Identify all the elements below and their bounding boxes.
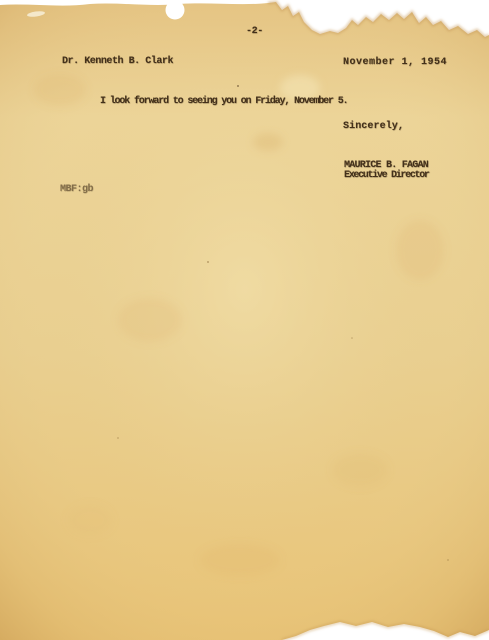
punch-hole-left — [166, 1, 185, 20]
paper-sheet — [0, 0, 489, 640]
scanned-letter-page: -2- Dr. Kenneth B. Clark November 1, 195… — [0, 0, 489, 640]
